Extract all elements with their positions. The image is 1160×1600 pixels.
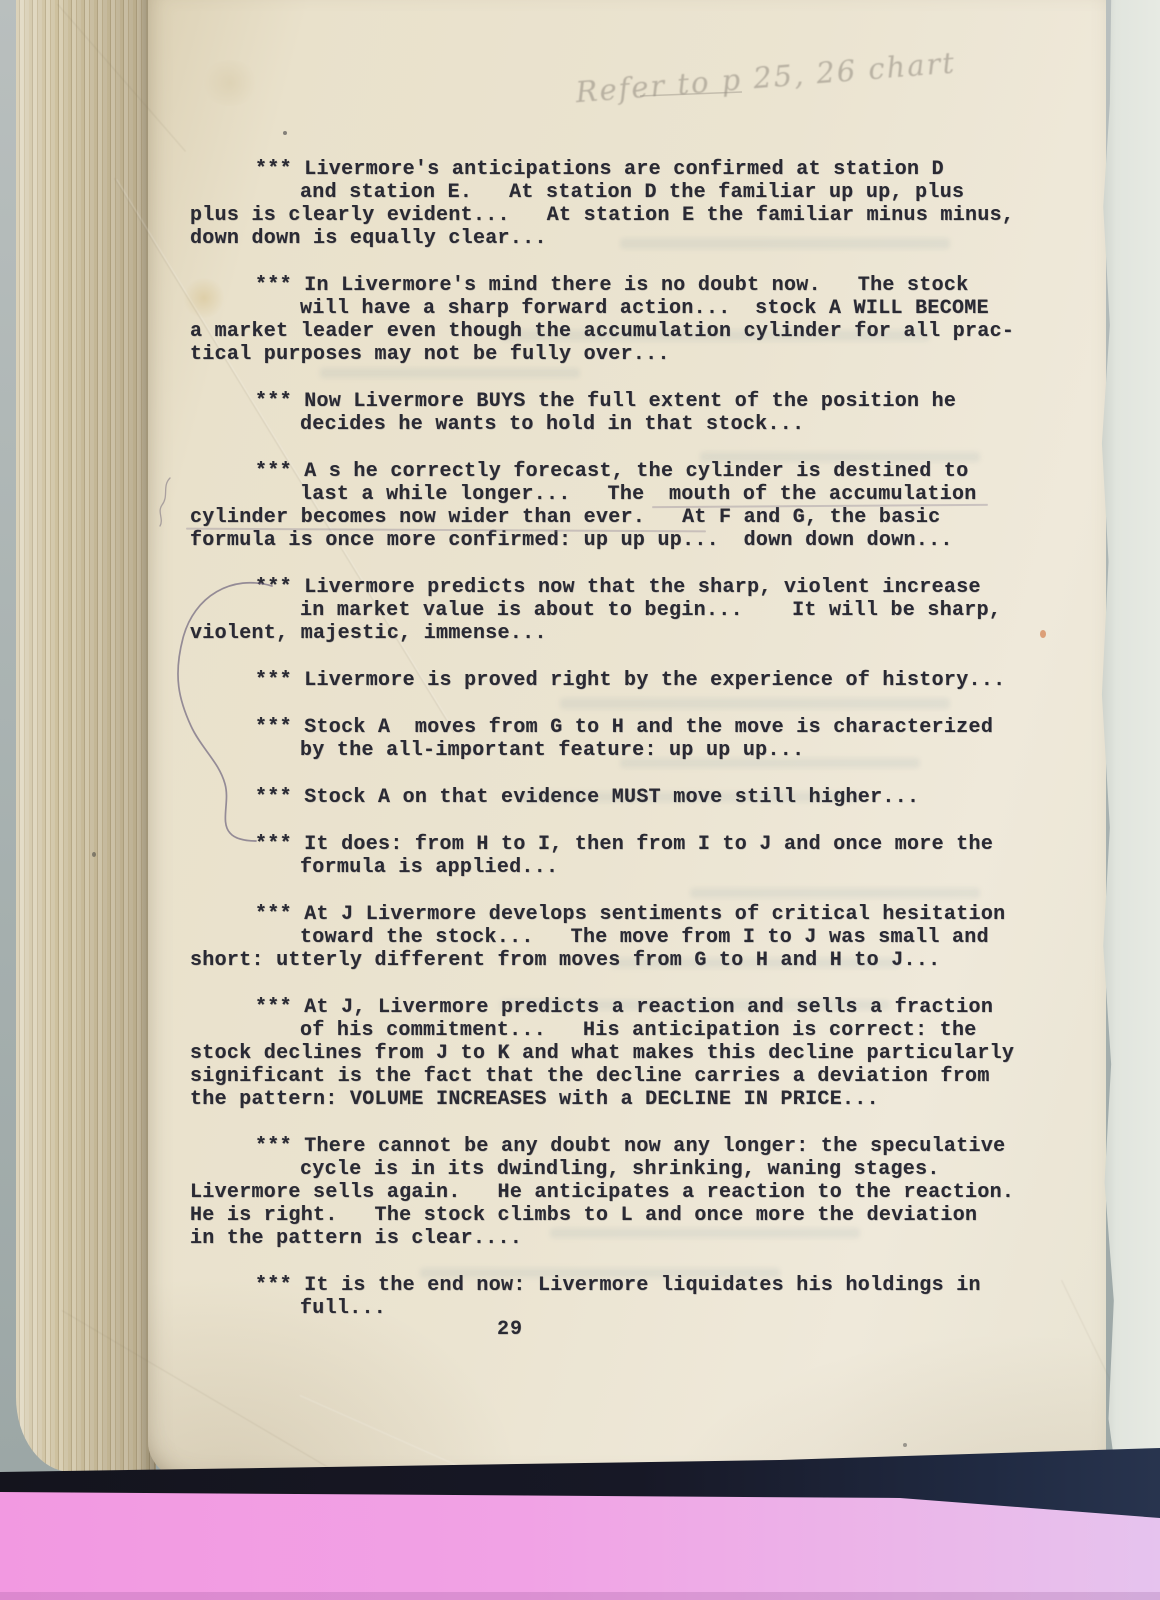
typed-line: *** There cannot be any doubt now any lo… (190, 1135, 1040, 1158)
typed-line: the pattern: VOLUME INCREASES with a DEC… (190, 1088, 1040, 1111)
typed-line: a market leader even though the accumula… (190, 320, 1040, 343)
paragraph: *** Stock A moves from G to H and the mo… (190, 716, 1040, 762)
book-fore-edge (16, 0, 156, 1472)
typed-line: plus is clearly evident... At station E … (190, 204, 1040, 227)
paragraph: *** Stock A on that evidence MUST move s… (190, 786, 1040, 809)
typed-line: decides he wants to hold in that stock..… (190, 413, 1040, 436)
stain (1040, 630, 1046, 638)
typed-line: *** Now Livermore BUYS the full extent o… (190, 390, 1040, 413)
typed-line: *** At J, Livermore predicts a reaction … (190, 996, 1040, 1019)
paragraph: *** Livermore is proved right by the exp… (190, 669, 1040, 692)
paragraph: *** Livermore predicts now that the shar… (190, 576, 1040, 645)
typed-line: last a while longer... The mouth of the … (190, 483, 1040, 506)
typed-line: of his commitment... His anticipation is… (190, 1019, 1040, 1042)
typed-line: *** Stock A moves from G to H and the mo… (190, 716, 1040, 739)
typed-line: *** Livermore is proved right by the exp… (190, 669, 1040, 692)
paragraph: *** There cannot be any doubt now any lo… (190, 1135, 1040, 1250)
typed-line: formula is once more confirmed: up up up… (190, 529, 1040, 552)
stain (903, 1443, 907, 1447)
typed-line: *** At J Livermore develops sentiments o… (190, 903, 1040, 926)
typed-line: formula is applied... (190, 856, 1040, 879)
typed-line: *** In Livermore's mind there is no doub… (190, 274, 1040, 297)
typed-line: in market value is about to begin... It … (190, 599, 1040, 622)
typed-line: cylinder becomes now wider than ever. At… (190, 506, 1040, 529)
typed-line: *** It does: from H to I, then from I to… (190, 833, 1040, 856)
stain (92, 852, 96, 857)
stain (200, 60, 260, 106)
typed-line: *** It is the end now: Livermore liquida… (190, 1274, 1040, 1297)
paragraph: *** At J, Livermore predicts a reaction … (190, 996, 1040, 1111)
typed-line: by the all-important feature: up up up..… (190, 739, 1040, 762)
page-number: 29 (497, 1318, 523, 1341)
typed-line: and station E. At station D the familiar… (190, 181, 1040, 204)
typed-line: *** A s he correctly forecast, the cylin… (190, 460, 1040, 483)
typed-line: *** Livermore's anticipations are confir… (190, 158, 1040, 181)
scanned-page: Refer to p 25, 26 chart *** Livermore's … (0, 0, 1160, 1600)
typed-line: down down is equally clear... (190, 227, 1040, 250)
typed-line: short: utterly different from moves from… (190, 949, 1040, 972)
typed-line: full... (190, 1297, 1040, 1320)
typed-line: stock declines from J to K and what make… (190, 1042, 1040, 1065)
paragraph: *** In Livermore's mind there is no doub… (190, 274, 1040, 366)
typed-line: *** Stock A on that evidence MUST move s… (190, 786, 1040, 809)
typed-line: He is right. The stock climbs to L and o… (190, 1204, 1040, 1227)
paragraph: *** Now Livermore BUYS the full extent o… (190, 390, 1040, 436)
typed-line: toward the stock... The move from I to J… (190, 926, 1040, 949)
typed-line: in the pattern is clear.... (190, 1227, 1040, 1250)
typed-line: tical purposes may not be fully over... (190, 343, 1040, 366)
typed-line: *** Livermore predicts now that the shar… (190, 576, 1040, 599)
typed-line: significant is the fact that the decline… (190, 1065, 1040, 1088)
typed-text: *** Livermore's anticipations are confir… (190, 158, 1040, 1344)
paragraph: *** Livermore's anticipations are confir… (190, 158, 1040, 250)
paragraph: *** It is the end now: Livermore liquida… (190, 1274, 1040, 1320)
typed-line: will have a sharp forward action... stoc… (190, 297, 1040, 320)
paragraph: *** It does: from H to I, then from I to… (190, 833, 1040, 879)
stain (283, 131, 287, 135)
typed-line: cycle is in its dwindling, shrinking, wa… (190, 1158, 1040, 1181)
typed-line: violent, majestic, immense... (190, 622, 1040, 645)
typed-line: Livermore sells again. He anticipates a … (190, 1181, 1040, 1204)
paragraph: *** At J Livermore develops sentiments o… (190, 903, 1040, 972)
